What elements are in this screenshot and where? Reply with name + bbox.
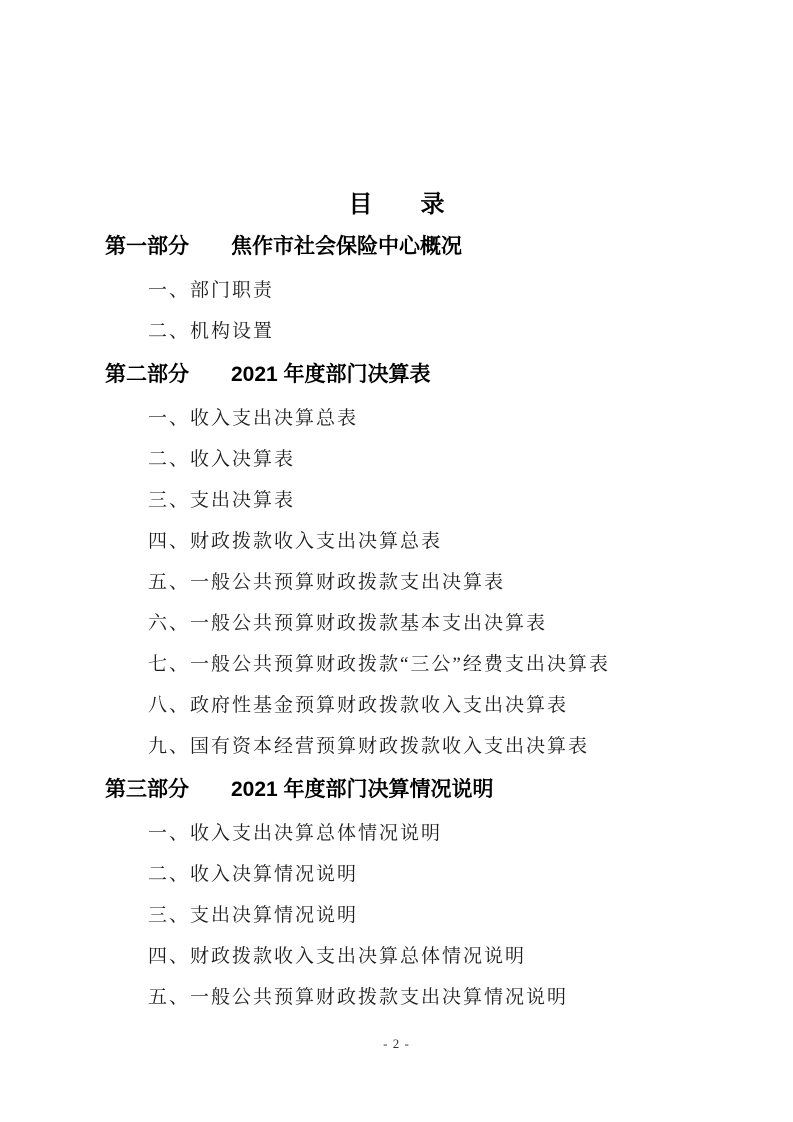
toc-item: 三、支出决算情况说明: [148, 905, 793, 927]
toc-section-label: 第三部分: [105, 777, 189, 803]
toc-item: 三、支出决算表: [148, 490, 793, 512]
toc-item: 二、机构设置: [148, 321, 793, 343]
toc-item: 一、收入支出决算总表: [148, 408, 793, 430]
toc-section-title: 2021 年度部门决算表: [231, 363, 431, 386]
toc-item: 五、一般公共预算财政拨款支出决算表: [148, 572, 793, 594]
page-number: - 2 -: [0, 1036, 793, 1052]
toc-item: 二、收入决算表: [148, 449, 793, 471]
toc-item: 五、一般公共预算财政拨款支出决算情况说明: [148, 987, 793, 1009]
toc-item: 一、部门职责: [148, 280, 793, 302]
toc-section-part3: 第三部分2021 年度部门决算情况说明: [105, 777, 793, 803]
toc-item: 四、财政拨款收入支出决算总表: [148, 531, 793, 553]
toc-section-label: 第一部分: [105, 234, 189, 260]
toc-section-part2: 第二部分2021 年度部门决算表: [105, 362, 793, 388]
toc-section-part1: 第一部分焦作市社会保险中心概况: [105, 234, 793, 260]
toc-item: 二、收入决算情况说明: [148, 864, 793, 886]
toc-item: 九、国有资本经营预算财政拨款收入支出决算表: [148, 736, 793, 758]
document-page: 目 录 第一部分焦作市社会保险中心概况 一、部门职责 二、机构设置 第二部分20…: [0, 0, 793, 1122]
toc-item: 七、一般公共预算财政拨款“三公”经费支出决算表: [148, 654, 793, 676]
toc-item: 一、收入支出决算总体情况说明: [148, 823, 793, 845]
toc-item: 六、一般公共预算财政拨款基本支出决算表: [148, 613, 793, 635]
toc-item: 四、财政拨款收入支出决算总体情况说明: [148, 946, 793, 968]
toc-section-title: 2021 年度部门决算情况说明: [231, 778, 494, 801]
toc-item: 八、政府性基金预算财政拨款收入支出决算表: [148, 695, 793, 717]
document-title: 目 录: [0, 192, 793, 218]
toc-section-label: 第二部分: [105, 362, 189, 388]
toc-section-title: 焦作市社会保险中心概况: [231, 235, 462, 258]
toc-content: 目 录 第一部分焦作市社会保险中心概况 一、部门职责 二、机构设置 第二部分20…: [0, 0, 793, 1009]
